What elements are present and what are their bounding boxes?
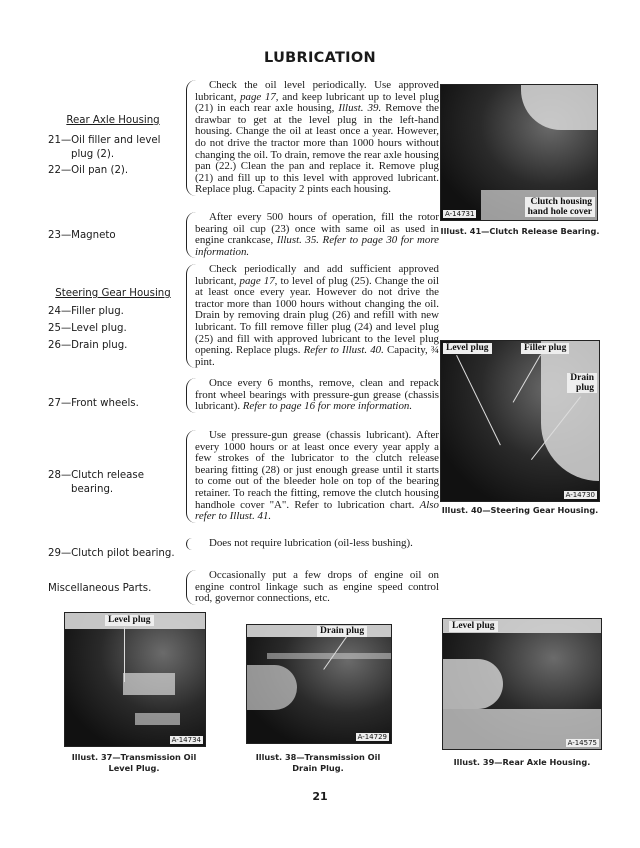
illustration-38-image: Drain plug A-14729 [246, 624, 392, 744]
illustration-41-code: A-14731 [443, 210, 476, 218]
page-ref: page 17, [240, 275, 278, 287]
label-heading-rear-axle: Rear Axle Housing [48, 114, 178, 128]
label-item-23: 23—Magneto [48, 229, 178, 243]
label-item-21-text: 21—Oil filler and level [48, 135, 160, 146]
label-item-29: 29—Clutch pilot bearing. [48, 547, 178, 561]
illustration-40-caption: Illust. 40—Steering Gear Housing. [436, 505, 604, 516]
label-item-24: 24—Filler plug. [48, 305, 178, 319]
label-line: hand hole cover [528, 207, 592, 217]
illustration-39-code: A-14575 [566, 739, 599, 747]
caption-line: Illust. 37—Transmission Oil [54, 752, 214, 763]
page-ref: Refer to page 16 for more information. [243, 400, 412, 412]
paragraph-clutch-pilot: Does not require lubrication (oil-less b… [186, 538, 439, 550]
label-line: Drain [570, 373, 594, 383]
illustration-41-label: Clutch housing hand hole cover [525, 197, 595, 217]
label-level-plug: Level plug [443, 343, 492, 354]
paragraph-magneto: After every 500 hours of operation, fill… [186, 212, 439, 258]
illustration-39-caption: Illust. 39—Rear Axle Housing. [440, 757, 604, 768]
page-ref: page 17, [240, 91, 278, 103]
label-item-28: 28—Clutch release bearing. [48, 469, 178, 497]
text: Use pressure-gun grease (chassis lubrica… [195, 429, 439, 511]
illust-ref: Refer to Illust. 40. [304, 344, 384, 356]
caption-line: Level Plug. [54, 763, 214, 774]
label-steering: Steering Gear Housing 24—Filler plug. 25… [48, 287, 178, 353]
label-misc: Miscellaneous Parts. [48, 582, 178, 596]
illustration-37-image: Level plug A-14734 [64, 612, 206, 747]
illustration-38-code: A-14729 [356, 733, 389, 741]
label-item-28-text: 28—Clutch release [48, 469, 178, 483]
paragraph-clutch-release: Use pressure-gun grease (chassis lubrica… [186, 430, 439, 523]
label-line: Clutch housing [528, 197, 592, 207]
illust-ref: Illust. 39. [338, 102, 381, 114]
illustration-40-image: Level plug Filler plug Drain plug A-1473… [440, 340, 600, 502]
page-title: LUBRICATION [0, 50, 640, 66]
paragraph-front-wheels: Once every 6 months, remove, clean and r… [186, 378, 439, 413]
caption-line: Drain Plug. [238, 763, 398, 774]
paragraph-misc: Occasionally put a few drops of engine o… [186, 570, 439, 605]
label-item-27: 27—Front wheels. [48, 397, 178, 411]
text: Does not require lubrication (oil-less b… [209, 537, 413, 549]
label-filler-plug: Filler plug [521, 343, 569, 354]
label-rear-axle: Rear Axle Housing 21—Oil filler and leve… [48, 114, 178, 178]
illustration-41-caption: Illust. 41—Clutch Release Bearing. [440, 226, 600, 237]
label-item-21: 21—Oil filler and level plug (2). [48, 134, 178, 162]
label-item-28-cont: bearing. [48, 483, 178, 497]
caption-line: Illust. 38—Transmission Oil [238, 752, 398, 763]
label-item-25: 25—Level plug. [48, 322, 178, 336]
paragraph-rear-axle: Check the oil level periodically. Use ap… [186, 80, 439, 196]
paragraph-steering: Check periodically and add sufficient ap… [186, 264, 439, 368]
label-item-21-cont: plug (2). [48, 148, 178, 162]
label-drain-plug: Drain plug [317, 626, 367, 637]
illustration-39-image: Level plug A-14575 [442, 618, 602, 750]
label-item-26: 26—Drain plug. [48, 339, 178, 353]
illustration-41-image: Clutch housing hand hole cover A-14731 [440, 84, 598, 221]
label-item-22: 22—Oil pan (2). [48, 164, 178, 178]
illustration-38-caption: Illust. 38—Transmission Oil Drain Plug. [238, 752, 398, 774]
label-drain-plug: Drain plug [567, 373, 597, 393]
illustration-40-code: A-14730 [564, 491, 597, 499]
illustration-37-caption: Illust. 37—Transmission Oil Level Plug. [54, 752, 214, 774]
illustration-37-code: A-14734 [170, 736, 203, 744]
page-number: 21 [0, 790, 640, 803]
text: Occasionally put a few drops of engine o… [195, 569, 439, 604]
label-level-plug: Level plug [449, 621, 498, 632]
text: Remove the drawbar to get at the level p… [195, 102, 439, 195]
label-level-plug: Level plug [105, 615, 154, 626]
label-line: plug [570, 383, 594, 393]
label-heading-steering: Steering Gear Housing [48, 287, 178, 301]
